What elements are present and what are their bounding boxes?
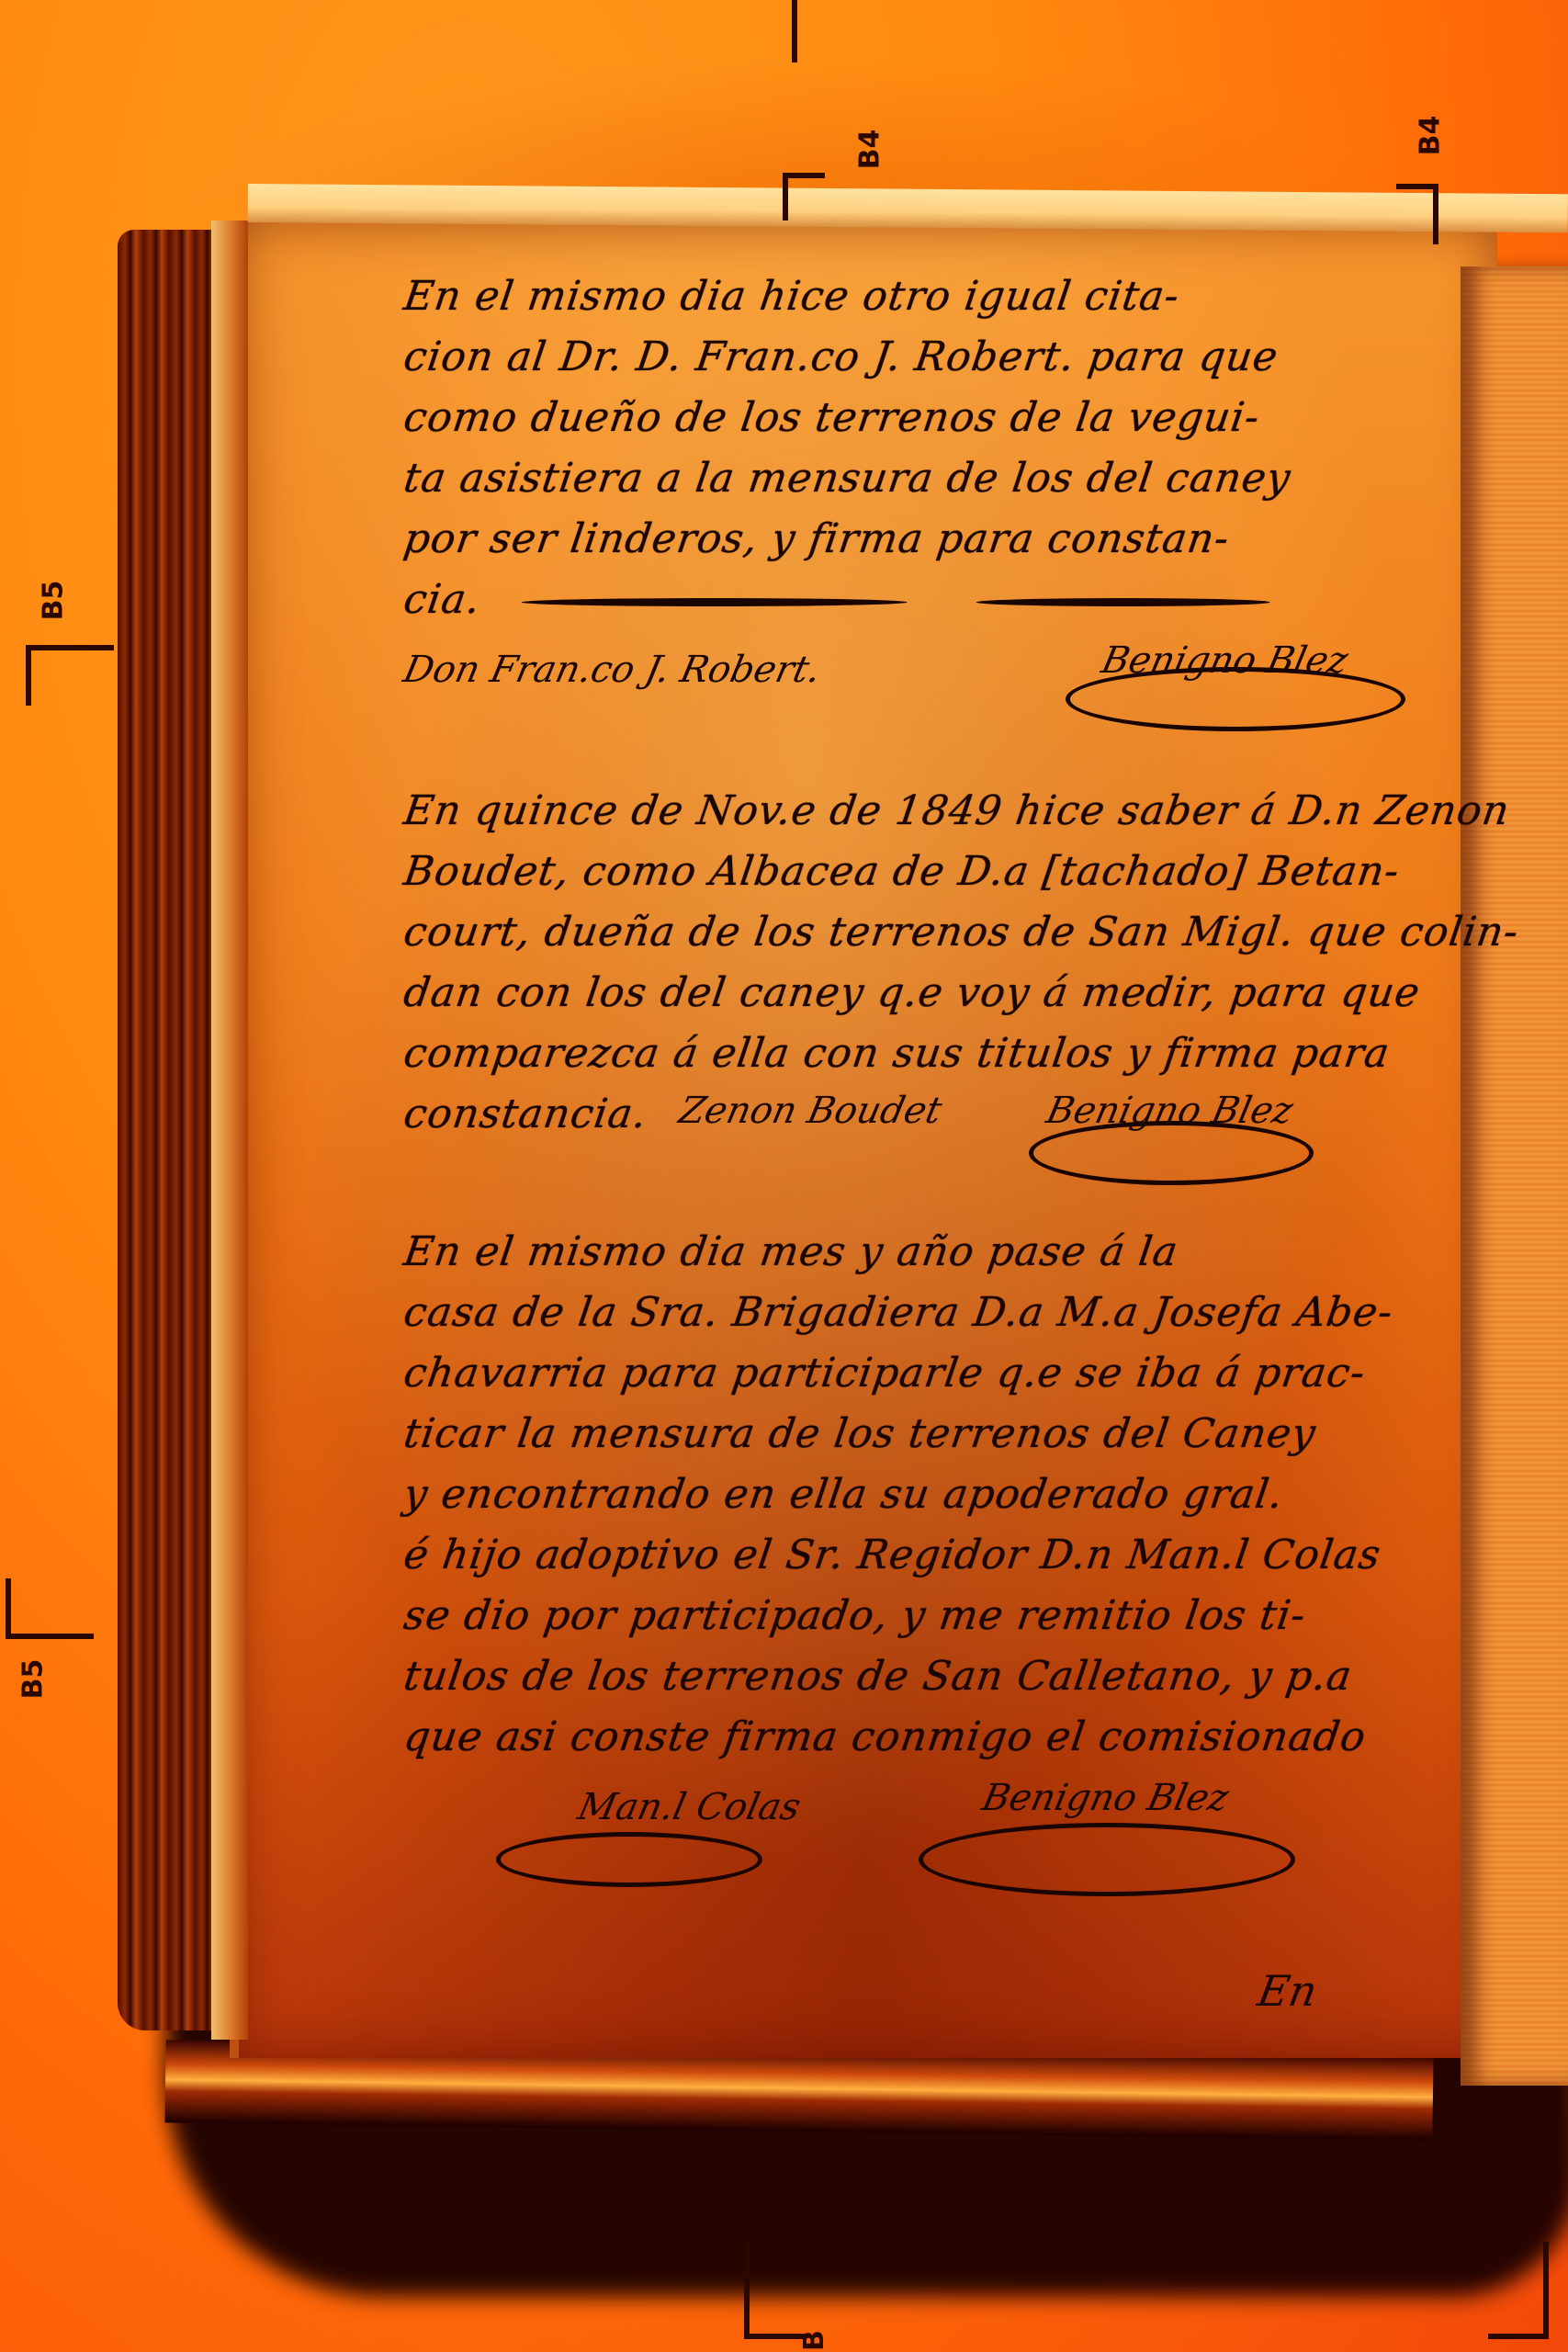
text-line: comparezca á ella con sus titulos y firm… xyxy=(400,1023,1522,1084)
text-line: cion al Dr. D. Fran.co J. Robert. para q… xyxy=(400,327,1294,388)
catchword: En xyxy=(1254,1966,1321,2016)
text-line: ta asistiera a la mensura de los del can… xyxy=(400,448,1294,509)
signature-boudet: Zenon Boudet xyxy=(675,1090,945,1132)
signature-flourish xyxy=(1066,667,1405,731)
text-line: cia. xyxy=(400,570,1294,630)
text-line: que asi conste firma conmigo el comision… xyxy=(400,1707,1396,1768)
closing-rule xyxy=(521,598,908,606)
crop-mark-left-lower xyxy=(6,1578,94,1639)
page-inner-edge xyxy=(211,220,248,2040)
entry-abechavarria-visit: En el mismo dia mes y año pase á la casa… xyxy=(404,1222,1393,1896)
crop-label-top-right: B4 xyxy=(1414,116,1446,156)
crop-mark-top-left xyxy=(783,173,825,220)
crop-mark-top-center-line xyxy=(792,0,797,62)
text-line: casa de la Sra. Brigadiera D.a M.a Josef… xyxy=(400,1283,1396,1343)
crop-mark-left-upper xyxy=(26,645,114,706)
signature-colas: Man.l Colas xyxy=(574,1786,804,1828)
signature-row: Don Fran.co J. Robert. Benigno Blez xyxy=(404,630,1291,731)
signature-robert: Don Fran.co J. Robert. xyxy=(400,649,825,691)
entry-boudet-notice: En quince de Nov.e de 1849 hice saber á … xyxy=(404,781,1518,1167)
cloth-binding xyxy=(1461,266,1568,2086)
crop-label-left-lower: B5 xyxy=(17,1659,49,1700)
signature-flourish xyxy=(496,1832,762,1887)
crop-label-bottom: B xyxy=(798,2330,830,2351)
signature-row: Man.l Colas Benigno Blez xyxy=(404,1768,1393,1896)
text-fragment: cia. xyxy=(400,576,483,623)
text-line: En el mismo dia mes y año pase á la xyxy=(400,1222,1396,1283)
text-line: constancia. xyxy=(400,1084,651,1145)
text-line: como dueño de los terrenos de la vegui- xyxy=(400,388,1294,448)
signature-flourish xyxy=(1029,1121,1314,1185)
signature-row: constancia. Zenon Boudet Benigno Blez xyxy=(404,1084,1518,1167)
text-line: En quince de Nov.e de 1849 hice saber á … xyxy=(400,781,1522,842)
crop-mark-top-right xyxy=(1396,184,1438,244)
crop-label-top-left: B4 xyxy=(853,130,886,170)
text-line: se dio por participado, y me remitio los… xyxy=(400,1586,1396,1646)
closing-rule xyxy=(976,598,1270,606)
text-line: chavarria para participarle q.e se iba á… xyxy=(400,1343,1396,1404)
text-line: Boudet, como Albacea de D.a [tachado] Be… xyxy=(400,842,1522,902)
signature-flourish xyxy=(919,1823,1295,1896)
text-line: por ser linderos, y firma para constan- xyxy=(400,509,1294,570)
text-line: tulos de los terrenos de San Calletano, … xyxy=(400,1646,1396,1707)
text-line: dan con los del caney q.e voy á medir, p… xyxy=(400,963,1522,1023)
crop-mark-bottom-left xyxy=(744,2242,805,2339)
signature-benigno: Benigno Blez xyxy=(978,1777,1232,1819)
text-line: y encontrando en ella su apoderado gral. xyxy=(400,1464,1396,1525)
crop-label-left-upper: B5 xyxy=(37,581,69,621)
text-line: court, dueña de los terrenos de San Migl… xyxy=(400,902,1522,963)
text-line: ticar la mensura de los terrenos del Can… xyxy=(400,1404,1396,1464)
entry-robert-citation: En el mismo dia hice otro igual cita- ci… xyxy=(404,266,1291,731)
text-line: é hijo adoptivo el Sr. Regidor D.n Man.l… xyxy=(400,1525,1396,1586)
text-line: En el mismo dia hice otro igual cita- xyxy=(400,266,1294,327)
crop-mark-bottom-right xyxy=(1488,2242,1549,2339)
